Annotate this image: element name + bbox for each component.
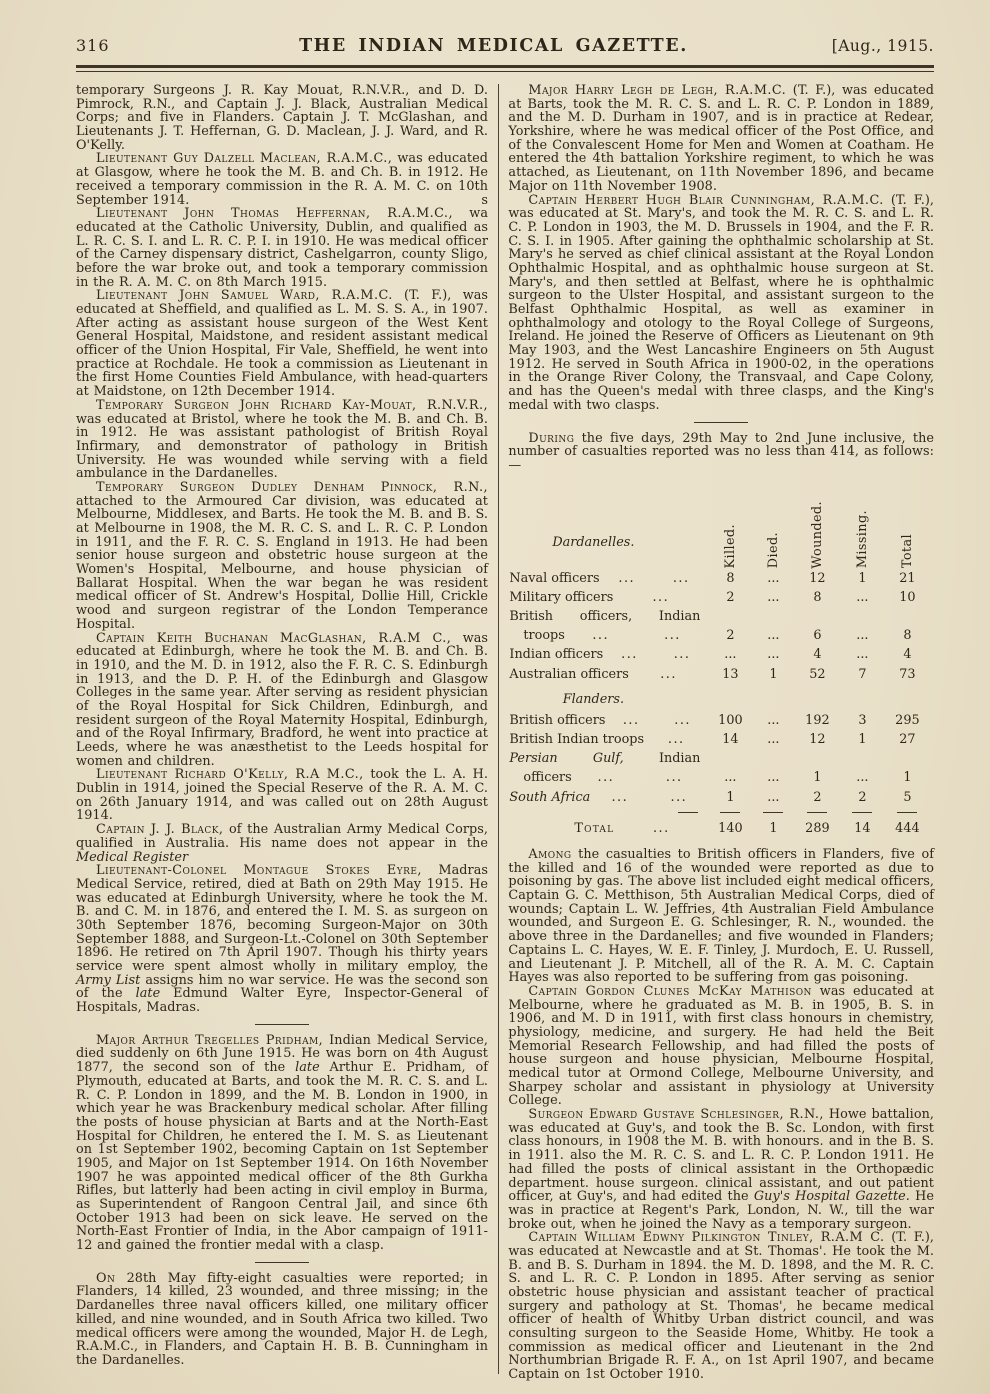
table-cell: ... [840, 588, 884, 607]
row-label-word: officers, [580, 607, 632, 626]
leader-dots: ... [644, 730, 708, 749]
masthead-rule-thick [76, 65, 934, 68]
table-cell: 1 [884, 768, 930, 787]
paragraph: Surgeon Edward Gustave Schlesinger, R.N.… [508, 1108, 934, 1231]
row-label-text: British officers [509, 711, 605, 730]
body-text: was educated at Bristol, where he took t… [76, 412, 488, 482]
table-cell: 100 [708, 711, 752, 730]
paragraph: Captain William Edwny Pilkington Tinley,… [508, 1231, 934, 1382]
table-cell: 1 [708, 788, 752, 807]
paragraph: Captain J. J. Black, of the Australian A… [76, 823, 488, 864]
table-rule-cell [794, 812, 840, 813]
table-cell: 2 [708, 626, 752, 645]
table-cell: 295 [884, 711, 930, 730]
section-divider [255, 1024, 309, 1025]
row-label-line-2: officers...... [509, 768, 708, 787]
masthead-rule [76, 65, 934, 72]
scanned-journal-page: 316 THE INDIAN MEDICAL GAZETTE. [Aug., 1… [0, 0, 990, 1394]
rotated-column-header: Died. [752, 481, 794, 569]
body-text: attached to the Armoured Car division, w… [76, 494, 488, 632]
body-text: (T. F.), was educated at Newcastle and a… [508, 1230, 934, 1382]
body-text: was educated at Edinburgh, where he took… [76, 631, 488, 769]
table-rule-cell [508, 812, 708, 813]
table-section-title: Dardanelles. [508, 533, 708, 568]
total-cell: 289 [794, 819, 840, 838]
table-cell: 2 [794, 788, 840, 807]
row-label: Naval officers...... [508, 569, 708, 588]
leader-dots: ... [572, 768, 640, 787]
table-cell: 52 [794, 665, 840, 684]
leader-dots: ... [565, 626, 637, 645]
body-text: Madras Medical Service, retired, died at… [76, 863, 488, 974]
table-rule-cell [752, 812, 794, 813]
paragraph: Major Arthur Tregelles Pridham, Indian M… [76, 1034, 488, 1253]
table-cell: 2 [840, 788, 884, 807]
body-text: 28th May fifty-eight casualties were rep… [76, 1271, 488, 1368]
leader-dots: ... [605, 711, 656, 730]
table-cell: ... [752, 588, 794, 607]
table-row: Indian officers............4...4 [508, 645, 934, 664]
body-text: (T. F.), was educated at Sheffield, and … [76, 288, 488, 399]
sum-rule [897, 812, 917, 813]
rotated-column-header: Killed. [708, 481, 752, 569]
row-label-word: Persian [509, 749, 557, 768]
table-section-row: Flanders. [508, 684, 934, 711]
row-label-text: Military officers [509, 588, 613, 607]
table-row: British Indian troops...14...12127 [508, 730, 934, 749]
row-label-text: Australian officers [509, 665, 628, 684]
page-header: 316 THE INDIAN MEDICAL GAZETTE. [Aug., 1… [76, 36, 934, 56]
row-label: Britishofficers,Indiantroops...... [508, 607, 708, 645]
total-cell: 1 [752, 819, 794, 838]
paragraph: Captain Herbert Hugh Blair Cunningham, R… [508, 194, 934, 413]
table-cell: 6 [794, 626, 840, 645]
table-cell: 21 [884, 569, 930, 588]
row-label: Military officers... [508, 588, 708, 607]
paragraph: Lieutenant John Samuel Ward, R.A.M.C. (T… [76, 289, 488, 399]
table-rule-row [508, 809, 934, 817]
paragraph: Lieutenant John Thomas Heffernan, R.A.M.… [76, 207, 488, 289]
table-row: British officers......100...1923295 [508, 711, 934, 730]
journal-title: THE INDIAN MEDICAL GAZETTE. [171, 36, 816, 56]
table-cell: ... [752, 768, 794, 787]
table-cell: ... [752, 711, 794, 730]
total-cell: 444 [884, 819, 930, 838]
right-column: Major Harry Legh de Legh, R.A.M.C. (T. F… [508, 84, 934, 1382]
table-rule-cell [884, 812, 930, 813]
paragraph: On 28th May fifty-eight casualties were … [76, 1272, 488, 1368]
paragraph: Captain Keith Buchanan MacGlashan, R.A.M… [76, 632, 488, 769]
table-cell: 1 [840, 730, 884, 749]
column-header-text: Wounded. [808, 501, 827, 569]
paragraph: Captain Gordon Clunes McKay Mathison was… [508, 985, 934, 1108]
table-cell: ... [752, 645, 794, 664]
table-cell: 4 [794, 645, 840, 664]
table-rule-cell [840, 812, 884, 813]
table-cell: 1 [840, 569, 884, 588]
table-cell: ... [840, 768, 884, 787]
row-label: PersianGulf,Indianofficers...... [508, 749, 708, 787]
section-divider [694, 422, 748, 423]
total-cell: 140 [708, 819, 752, 838]
table-cell: 8 [708, 569, 752, 588]
leader-dots: ... [614, 819, 708, 838]
row-label: British officers...... [508, 711, 708, 730]
paragraph: Temporary Surgeon John Richard Kay-Mouat… [76, 399, 488, 481]
body-text: (T. F.), was educated at St. Mary's, and… [508, 193, 934, 413]
rotated-column-header: Total [884, 481, 930, 569]
total-label: Total [574, 819, 614, 838]
paragraph: During the five days, 29th May to 2nd Ju… [508, 432, 934, 473]
row-label-word: Gulf, [593, 749, 624, 768]
total-cell: 14 [840, 819, 884, 838]
body-text: (T. F.), was educated at Barts, took the… [508, 83, 934, 194]
row-label: Australian officers... [508, 665, 708, 684]
paragraph: Among the casualties to British officers… [508, 848, 934, 985]
left-column: temporary Surgeons J. R. Kay Mouat, R.N.… [76, 84, 488, 1382]
table-cell: 27 [884, 730, 930, 749]
table-cell: 13 [708, 665, 752, 684]
row-label-text: Indian officers [509, 645, 603, 664]
table-cell: 4 [884, 645, 930, 664]
row-label-line-2: troops...... [509, 626, 708, 645]
table-cell: ... [840, 645, 884, 664]
table-row: South Africa......1...225 [508, 788, 934, 807]
leader-dots: ... [656, 645, 709, 664]
rotated-column-header: Missing. [840, 481, 884, 569]
sum-rule [852, 812, 872, 813]
leader-dots: ... [649, 788, 708, 807]
table-cell: 7 [840, 665, 884, 684]
table-row: Britishofficers,Indiantroops......2...6.… [508, 607, 934, 645]
sum-rule [720, 812, 740, 813]
table-cell: 8 [794, 588, 840, 607]
table-cell: 3 [840, 711, 884, 730]
row-label-text: South Africa [509, 788, 590, 807]
table-cell: ... [752, 626, 794, 645]
paragraph: temporary Surgeons J. R. Kay Mouat, R.N.… [76, 84, 488, 152]
table-cell: 1 [752, 665, 794, 684]
total-label-cell: Total... [508, 819, 708, 838]
row-label-word: troops [523, 626, 564, 645]
table-row: Naval officers......8...12121 [508, 569, 934, 588]
table-rule-cell [708, 812, 752, 813]
leader-dots: ... [637, 626, 709, 645]
table-cell: ... [752, 569, 794, 588]
rotated-column-header: Wounded. [794, 481, 840, 569]
table-cell: ... [708, 768, 752, 787]
leader-dots: ... [590, 788, 649, 807]
table-cell: 10 [884, 588, 930, 607]
leader-dots: ... [654, 569, 708, 588]
two-column-body: temporary Surgeons J. R. Kay Mouat, R.N.… [76, 84, 934, 1382]
paragraph: Temporary Surgeon Dudley Denham Pinnock,… [76, 481, 488, 632]
table-cell: 5 [884, 788, 930, 807]
row-label-line-1: Britishofficers,Indian [509, 607, 708, 626]
body-text: the casualties to British officers in Fl… [508, 847, 934, 985]
column-header-text: Missing. [853, 510, 872, 568]
sum-rule [807, 812, 827, 813]
body-text: was educated at Melbourne, where he grad… [508, 984, 934, 1109]
table-cell: 2 [708, 588, 752, 607]
page-content: 316 THE INDIAN MEDICAL GAZETTE. [Aug., 1… [76, 36, 934, 1382]
sum-rule [763, 812, 783, 813]
table-cell: ... [752, 730, 794, 749]
table-row: PersianGulf,Indianofficers............1.… [508, 749, 934, 787]
table-cell: 73 [884, 665, 930, 684]
issue-date: [Aug., 1915. [816, 37, 934, 55]
column-header-text: Killed. [721, 524, 740, 568]
sum-rule [678, 812, 698, 813]
table-header-row: Dardanelles.Killed.Died.Wounded.Missing.… [508, 481, 934, 569]
table-row: Military officers...2...8...10 [508, 588, 934, 607]
row-label-text: Naval officers [509, 569, 599, 588]
leader-dots: ... [640, 768, 708, 787]
row-label: Indian officers...... [508, 645, 708, 664]
row-label: British Indian troops... [508, 730, 708, 749]
body-text: temporary Surgeons J. R. Kay Mouat, R.N.… [76, 83, 488, 153]
page-number: 316 [76, 36, 171, 55]
table-cell: 8 [884, 626, 930, 645]
section-divider [255, 1262, 309, 1263]
table-cell: ... [708, 645, 752, 664]
table-cell: 12 [794, 569, 840, 588]
paragraph: Lieutenant-Colonel Montague Stokes Eyre,… [76, 864, 488, 1015]
table-cell: 14 [708, 730, 752, 749]
row-label-word: British [509, 607, 553, 626]
paragraph: Major Harry Legh de Legh, R.A.M.C. (T. F… [508, 84, 934, 194]
row-label-text: British Indian troops [509, 730, 644, 749]
table-row: Australian officers...13152773 [508, 665, 934, 684]
column-divider-rule [498, 84, 499, 1374]
paragraph: Lieutenant Guy Dalzell Maclean, R.A.M.C.… [76, 152, 488, 207]
leader-dots: ... [629, 665, 709, 684]
row-label-word: Indian [659, 607, 700, 626]
paragraph: Lieutenant Richard O'Kelly, R.A M.C., to… [76, 768, 488, 823]
leader-dots: ... [613, 588, 708, 607]
column-header-text: Total [898, 534, 917, 568]
leader-dots: ... [657, 711, 708, 730]
row-label-word: officers [523, 768, 571, 787]
stray-letter: s [481, 194, 488, 208]
table-cell: 1 [794, 768, 840, 787]
row-label: South Africa...... [508, 788, 708, 807]
table-total-row: Total...140128914444 [508, 819, 934, 838]
table-cell: 192 [794, 711, 840, 730]
body-text: Arthur E. Pridham, of Plymouth, educated… [76, 1060, 488, 1253]
leader-dots: ... [603, 645, 656, 664]
masthead-rule-thin [76, 71, 934, 72]
table-section-title: Flanders. [508, 684, 708, 711]
row-label-word: Indian [659, 749, 700, 768]
column-header-text: Died. [764, 532, 783, 568]
leader-dots: ... [600, 569, 654, 588]
row-label-line-1: PersianGulf,Indian [509, 749, 708, 768]
casualty-table: Dardanelles.Killed.Died.Wounded.Missing.… [508, 481, 934, 838]
table-cell: 12 [794, 730, 840, 749]
table-cell: ... [752, 788, 794, 807]
table-cell: ... [840, 626, 884, 645]
